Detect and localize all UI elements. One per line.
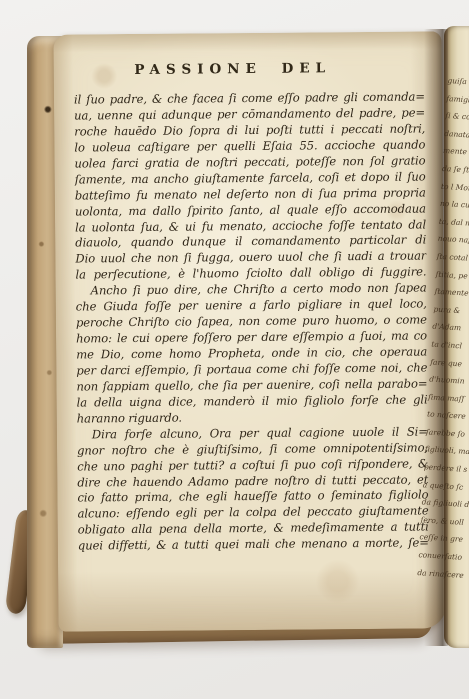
- running-title: PASSIONE DEL: [54, 59, 442, 78]
- text-line: la della uigna dice, manderò il mio figl…: [77, 392, 428, 411]
- photo-background: PASSIONE DEL il ſuo padre, & che facea ſ…: [0, 0, 469, 699]
- verso-page: PASSIONE DEL il ſuo padre, & che facea ſ…: [53, 31, 446, 631]
- recto-fragment-line: da rinaſcere: [417, 564, 466, 584]
- text-line: quei diffetti, & a tutti quei mali che m…: [78, 536, 429, 555]
- recto-fragment-line: ta d'incl: [431, 335, 469, 355]
- body-lines: il ſuo padre, & che facea ſi come eſſo p…: [74, 89, 429, 554]
- recto-page-sliver: guiſa dfamiglia, cſi & coſtdanata cument…: [444, 26, 469, 648]
